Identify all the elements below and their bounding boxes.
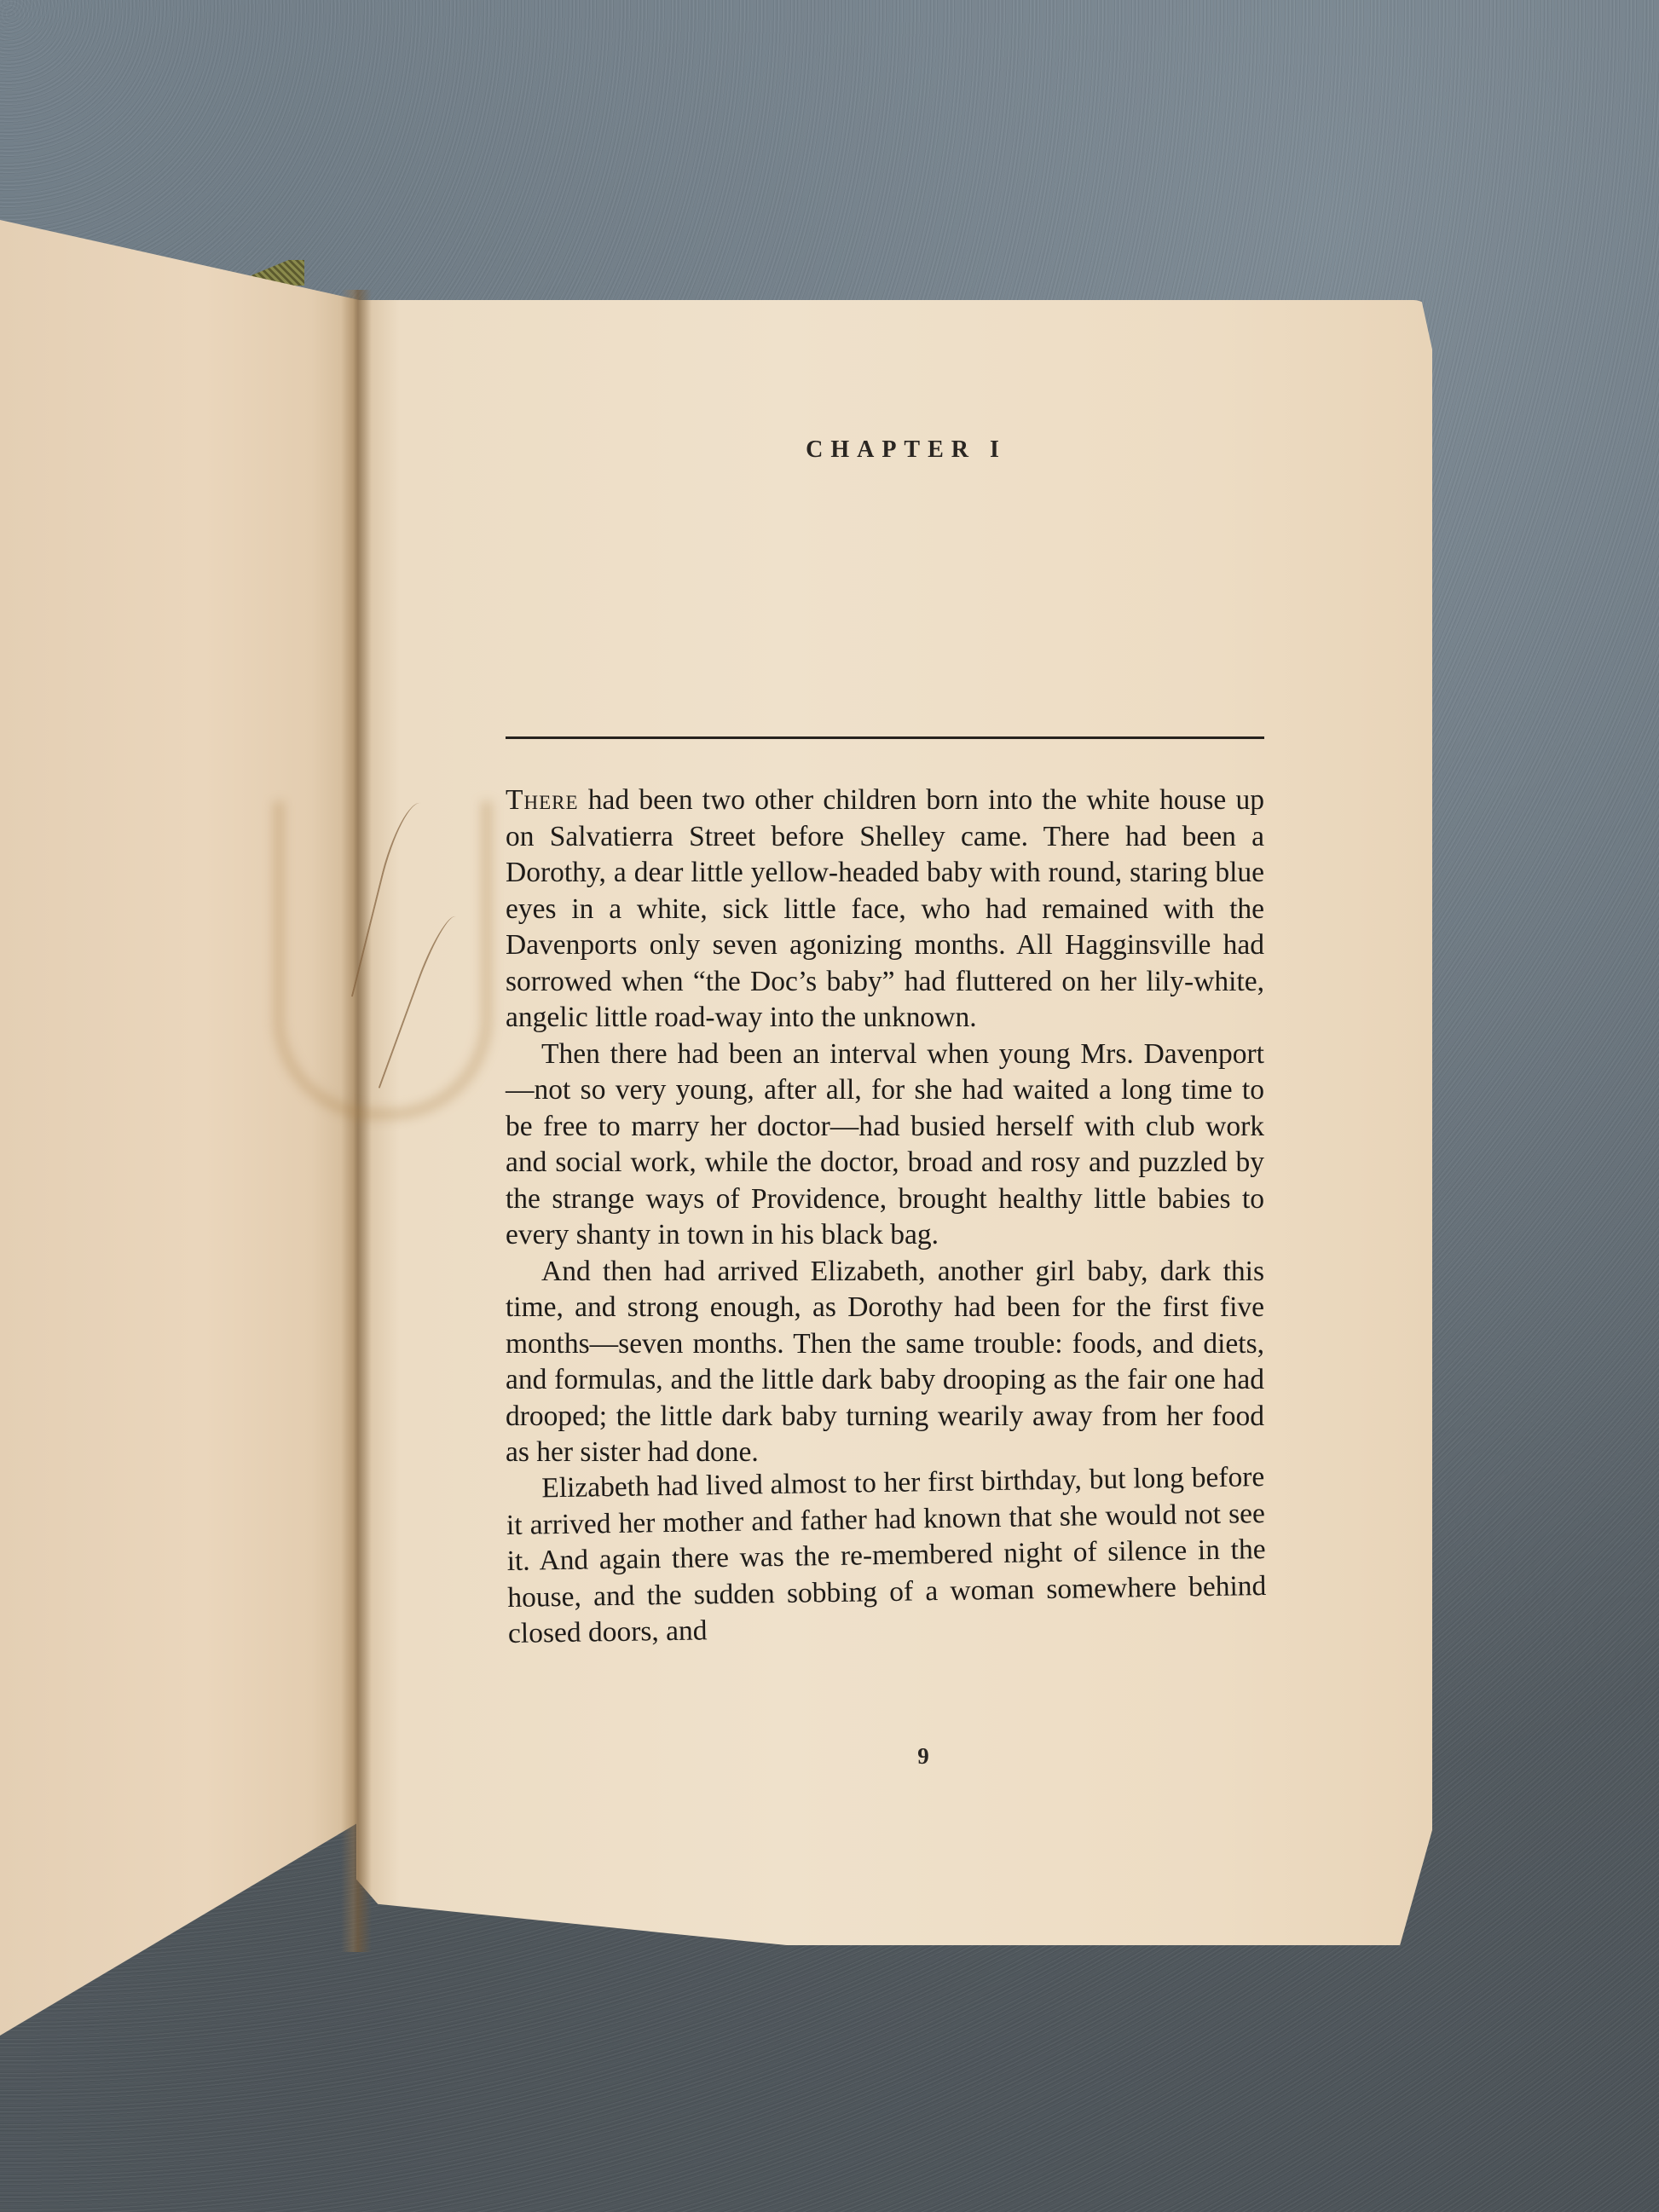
chapter-divider-rule — [506, 736, 1264, 739]
chapter-heading: CHAPTER I — [506, 436, 1264, 464]
drop-lead-smallcaps: There — [506, 784, 579, 816]
page-content: CHAPTER I There had been two other child… — [506, 426, 1264, 464]
paragraph-1: There had been two other children born i… — [506, 783, 1264, 1037]
left-page-blank — [0, 220, 367, 2036]
body-text: There had been two other children born i… — [506, 783, 1264, 1652]
paragraph-3: And then had arrived Elizabeth, another … — [506, 1254, 1264, 1471]
paragraph-4: Elizabeth had lived almost to her first … — [506, 1459, 1267, 1652]
paragraph-2: Then there had been an interval when you… — [506, 1037, 1264, 1254]
book-gutter — [341, 290, 372, 1952]
paragraph-text: had been two other children born into th… — [506, 784, 1264, 1033]
page-number: 9 — [506, 1743, 1303, 1770]
